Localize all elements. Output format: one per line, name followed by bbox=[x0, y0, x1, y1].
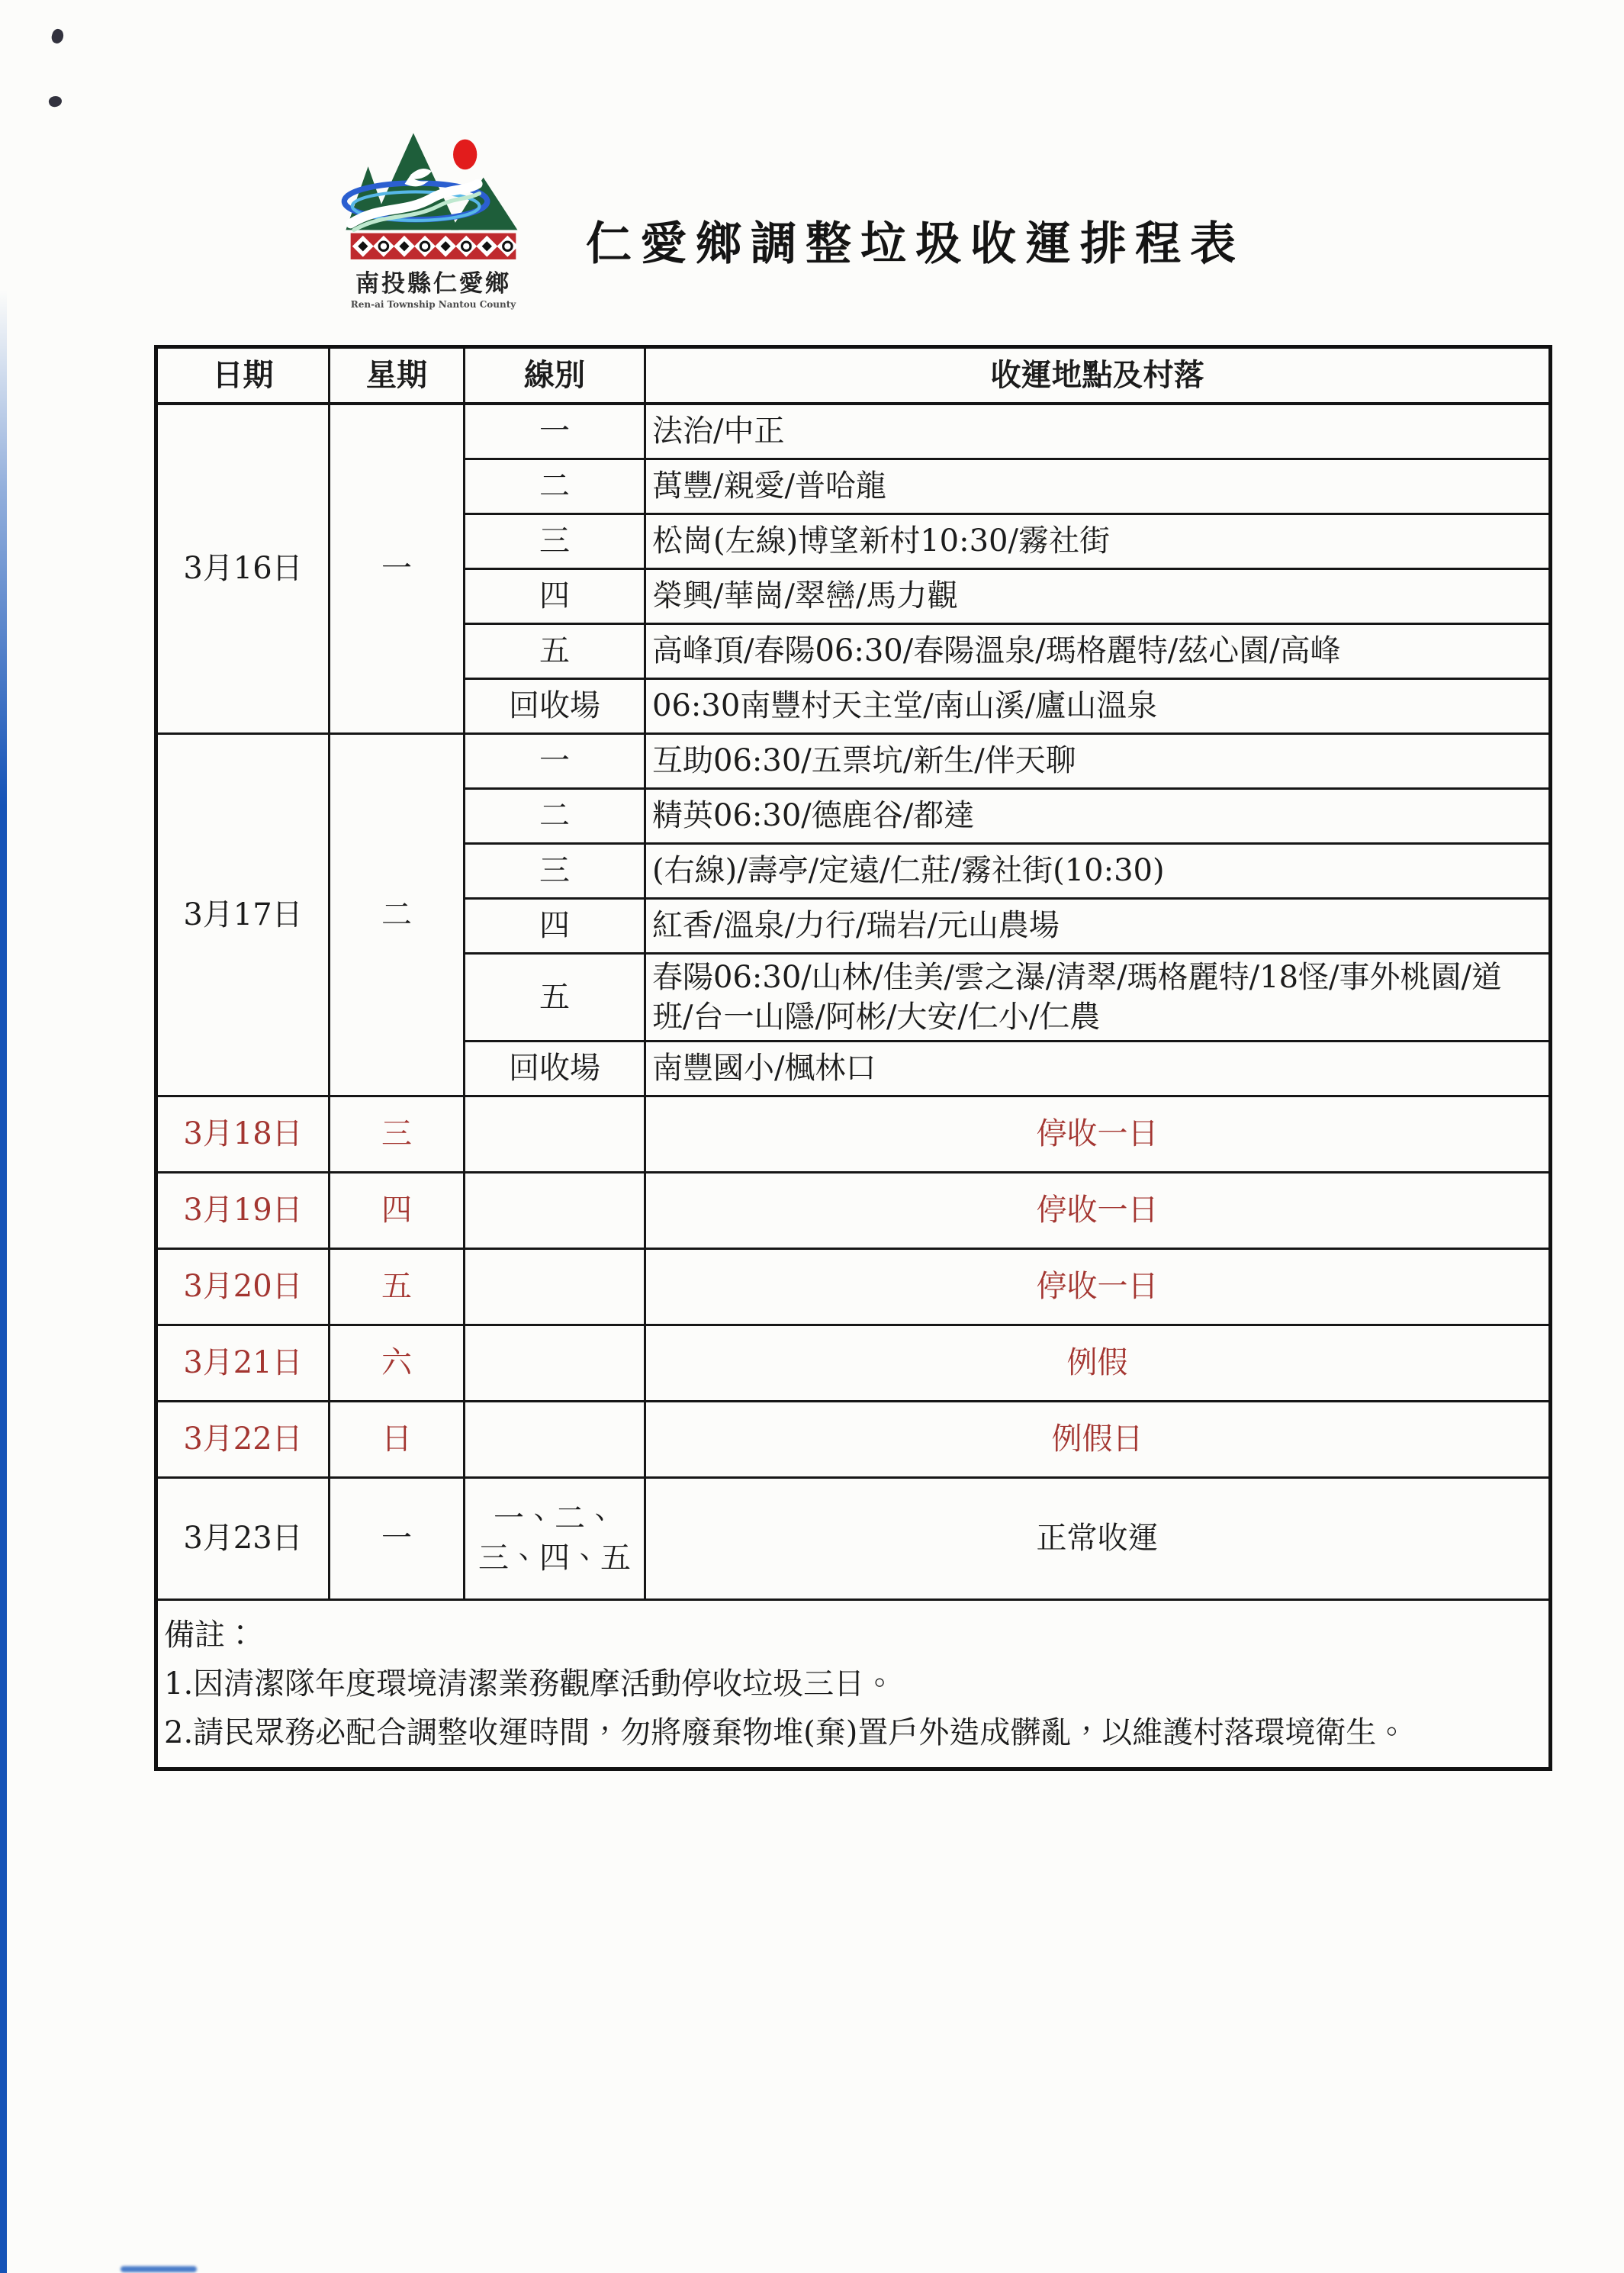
notice-cell: 例假日 bbox=[645, 1401, 1551, 1477]
line-cell: 三 bbox=[465, 843, 645, 898]
locations-cell: 06:30南豐村天主堂/南山溪/廬山溫泉 bbox=[645, 678, 1551, 733]
locations-cell: (右線)/壽亭/定遠/仁莊/霧社街(10:30) bbox=[645, 843, 1551, 898]
notice-cell: 停收一日 bbox=[645, 1172, 1551, 1248]
line-cell: 四 bbox=[465, 568, 645, 623]
locations-cell: 萬豐/親愛/普哈龍 bbox=[645, 459, 1551, 514]
weekday-cell: 日 bbox=[330, 1401, 465, 1477]
locations-cell: 春陽06:30/山林/佳美/雲之瀑/清翠/瑪格麗特/18怪/事外桃園/道班/台一… bbox=[645, 953, 1551, 1041]
locations-cell: 南豐國小/楓林口 bbox=[645, 1041, 1551, 1096]
locations-cell: 互助06:30/五票坑/新生/伴天聊 bbox=[645, 733, 1551, 788]
line-cell bbox=[465, 1096, 645, 1172]
line-cell: 回收場 bbox=[465, 1041, 645, 1096]
notes-label: 備註： bbox=[164, 1611, 1542, 1660]
date-cell: 3月16日 bbox=[156, 404, 330, 733]
line-cell: 二 bbox=[465, 459, 645, 514]
notice-row: 3月22日日例假日 bbox=[156, 1401, 1551, 1477]
date-cell: 3月21日 bbox=[156, 1325, 330, 1401]
line-cell: 一、二、三、四、五 bbox=[465, 1477, 645, 1599]
notice-row: 3月21日六例假 bbox=[156, 1325, 1551, 1401]
date-cell: 3月22日 bbox=[156, 1401, 330, 1477]
weekday-cell: 一 bbox=[330, 1477, 465, 1599]
schedule-table: 日期 星期 線別 收運地點及村落 3月16日一一法治/中正二萬豐/親愛/普哈龍三… bbox=[154, 345, 1552, 1771]
locations-cell: 高峰頂/春陽06:30/春陽溫泉/瑪格麗特/茲心園/高峰 bbox=[645, 623, 1551, 678]
weekday-cell: 一 bbox=[330, 404, 465, 733]
line-cell: 一 bbox=[465, 733, 645, 788]
notice-cell: 例假 bbox=[645, 1325, 1551, 1401]
scanned-document-page: 南投縣仁愛鄉 Ren-ai Township Nantou County 仁愛鄉… bbox=[0, 0, 1624, 2273]
weekday-cell: 三 bbox=[330, 1096, 465, 1172]
weekday-cell: 五 bbox=[330, 1248, 465, 1325]
line-cell bbox=[465, 1172, 645, 1248]
notice-row: 3月23日一一、二、三、四、五正常收運 bbox=[156, 1477, 1551, 1599]
date-cell: 3月17日 bbox=[156, 733, 330, 1096]
line-cell: 二 bbox=[465, 788, 645, 843]
notice-row: 3月18日三停收一日 bbox=[156, 1096, 1551, 1172]
scan-speck bbox=[50, 27, 65, 45]
locations-cell: 松崗(左線)博望新村10:30/霧社街 bbox=[645, 514, 1551, 568]
line-cell: 四 bbox=[465, 898, 645, 953]
line-cell: 一 bbox=[465, 404, 645, 459]
notice-row: 3月20日五停收一日 bbox=[156, 1248, 1551, 1325]
note-item: 2.請民眾務必配合調整收運時間，勿將廢棄物堆(棄)置戶外造成髒亂，以維護村落環境… bbox=[164, 1708, 1542, 1757]
line-cell bbox=[465, 1325, 645, 1401]
notice-cell: 停收一日 bbox=[645, 1096, 1551, 1172]
line-cell: 三 bbox=[465, 514, 645, 568]
notice-cell: 停收一日 bbox=[645, 1248, 1551, 1325]
township-logo-graphic bbox=[338, 128, 529, 259]
notice-row: 3月19日四停收一日 bbox=[156, 1172, 1551, 1248]
page-title: 仁愛鄉調整垃圾收運排程表 bbox=[586, 208, 1425, 273]
logo-org-name-zh: 南投縣仁愛鄉 bbox=[334, 264, 532, 298]
logo-sun-icon bbox=[453, 140, 477, 170]
notes-cell: 備註：1.因清潔隊年度環境清潔業務觀摩活動停收垃圾三日。2.請民眾務必配合調整收… bbox=[156, 1599, 1551, 1769]
weekday-cell: 四 bbox=[330, 1172, 465, 1248]
logo-org-name-en: Ren-ai Township Nantou County bbox=[334, 299, 532, 310]
locations-cell: 法治/中正 bbox=[645, 404, 1551, 459]
line-cell: 回收場 bbox=[465, 678, 645, 733]
col-header-date: 日期 bbox=[156, 347, 330, 404]
col-header-line: 線別 bbox=[465, 347, 645, 404]
date-cell: 3月19日 bbox=[156, 1172, 330, 1248]
locations-cell: 榮興/華崗/翠巒/馬力觀 bbox=[645, 568, 1551, 623]
note-item: 1.因清潔隊年度環境清潔業務觀摩活動停收垃圾三日。 bbox=[164, 1660, 1542, 1708]
line-cell: 五 bbox=[465, 623, 645, 678]
locations-cell: 精英06:30/德鹿谷/都達 bbox=[645, 788, 1551, 843]
schedule-row: 3月16日一一法治/中正 bbox=[156, 404, 1551, 459]
schedule-row: 3月17日二一互助06:30/五票坑/新生/伴天聊 bbox=[156, 733, 1551, 788]
date-cell: 3月23日 bbox=[156, 1477, 330, 1599]
scan-speck bbox=[48, 95, 63, 108]
date-cell: 3月18日 bbox=[156, 1096, 330, 1172]
line-cell: 五 bbox=[465, 953, 645, 1041]
scan-blue-edge bbox=[0, 290, 7, 2273]
col-header-locations: 收運地點及村落 bbox=[645, 347, 1551, 404]
header-row: 日期 星期 線別 收運地點及村落 bbox=[156, 347, 1551, 404]
weekday-cell: 二 bbox=[330, 733, 465, 1096]
date-cell: 3月20日 bbox=[156, 1248, 330, 1325]
weekday-cell: 六 bbox=[330, 1325, 465, 1401]
line-cell bbox=[465, 1401, 645, 1477]
notes-row: 備註：1.因清潔隊年度環境清潔業務觀摩活動停收垃圾三日。2.請民眾務必配合調整收… bbox=[156, 1599, 1551, 1769]
locations-cell: 紅香/溫泉/力行/瑞岩/元山農場 bbox=[645, 898, 1551, 953]
line-cell bbox=[465, 1248, 645, 1325]
township-logo: 南投縣仁愛鄉 Ren-ai Township Nantou County bbox=[334, 128, 532, 310]
col-header-weekday: 星期 bbox=[330, 347, 465, 404]
notice-cell: 正常收運 bbox=[645, 1477, 1551, 1599]
scan-blue-streak bbox=[121, 2266, 197, 2272]
